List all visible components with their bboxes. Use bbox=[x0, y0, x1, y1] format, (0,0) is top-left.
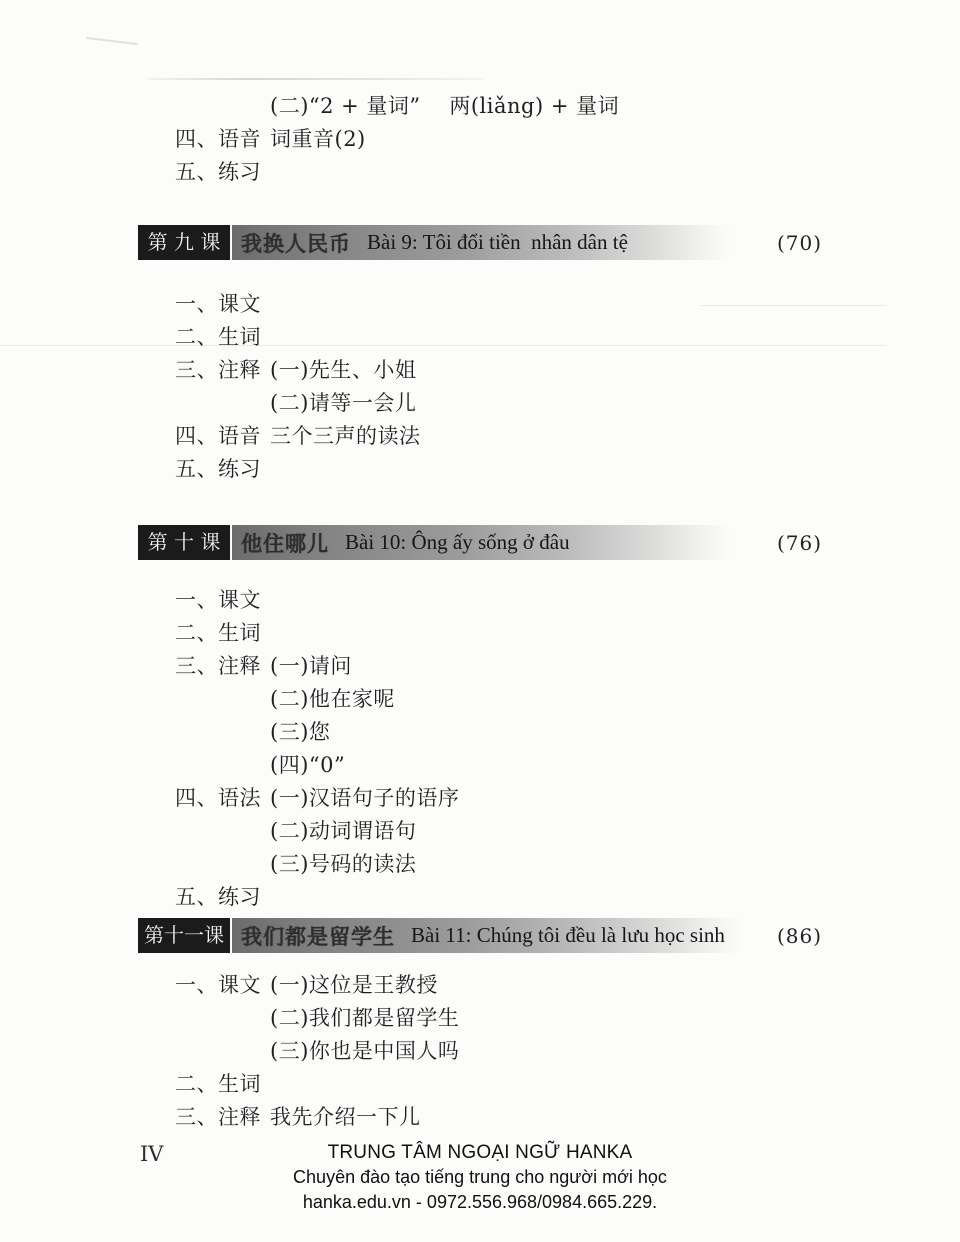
toc-row-content: 我先介绍一下儿 bbox=[270, 1101, 421, 1134]
toc-row-content: (二)我们都是留学生 bbox=[270, 1002, 459, 1035]
toc-row-label: 三、注释 bbox=[175, 650, 270, 683]
toc-row-label: 四、语法 bbox=[175, 782, 270, 815]
toc-row-label: 四、语音 bbox=[175, 420, 270, 453]
scanned-toc-page: (二)“2 + 量词” 两(liǎng) + 量词 四、语音 词重音(2) 五、… bbox=[0, 0, 960, 1242]
toc-row-label bbox=[175, 90, 270, 123]
toc-row-label: 一、课文 bbox=[175, 584, 270, 617]
toc-row: 一、课文 (一)这位是王教授 bbox=[175, 969, 960, 1002]
toc-row-label bbox=[175, 1002, 270, 1035]
toc-row: (二)请等一会儿 bbox=[175, 387, 960, 420]
toc-row-label: 五、练习 bbox=[175, 881, 270, 914]
toc-row-content: 三个三声的读法 bbox=[270, 420, 421, 453]
scan-artifact-top-line bbox=[148, 78, 483, 80]
toc-row: 五、练习 bbox=[175, 881, 960, 914]
page-footer: IV TRUNG TÂM NGOẠI NGỮ HANKA Chuyên đào … bbox=[0, 1136, 960, 1236]
toc-row-label: 一、课文 bbox=[175, 969, 270, 1002]
toc-row-label: 二、生词 bbox=[175, 321, 270, 354]
toc-row: 二、生词 bbox=[175, 321, 960, 354]
lesson-9-page-ref: (70) bbox=[777, 231, 822, 255]
lesson-11-items: 一、课文 (一)这位是王教授 (二)我们都是留学生 (三)你也是中国人吗 二、生… bbox=[0, 969, 960, 1134]
toc-row-label bbox=[175, 848, 270, 881]
toc-row-label bbox=[175, 716, 270, 749]
toc-row: 三、注释 我先介绍一下儿 bbox=[175, 1101, 960, 1134]
toc-row-content: (一)这位是王教授 bbox=[270, 969, 438, 1002]
toc-row: 四、语音 三个三声的读法 bbox=[175, 420, 960, 453]
toc-row: 四、语法 (一)汉语句子的语序 bbox=[175, 782, 960, 815]
lesson-11-label-box: 第十一课 bbox=[138, 918, 230, 953]
toc-row-content: (二)“2 + 量词” 两(liǎng) + 量词 bbox=[270, 90, 619, 123]
toc-row: (四)“0” bbox=[175, 749, 960, 782]
lesson-10-title-bar: 他住哪儿 Bài 10: Ông ấy sống ở đâu bbox=[232, 525, 732, 560]
lesson-11-title-vietnamese: Bài 11: Chúng tôi đều là lưu học sinh bbox=[411, 923, 725, 948]
toc-row-label: 五、练习 bbox=[175, 453, 270, 486]
lesson-9-label-box: 第 九 课 bbox=[138, 225, 230, 260]
toc-row-label: 二、生词 bbox=[175, 1068, 270, 1101]
toc-row-content: (三)你也是中国人吗 bbox=[270, 1035, 459, 1068]
lesson-10-page-ref: (76) bbox=[777, 531, 822, 555]
toc-row: 四、语音 词重音(2) bbox=[175, 123, 960, 156]
toc-row-label: 三、注释 bbox=[175, 1101, 270, 1134]
toc-row: (三)号码的读法 bbox=[175, 848, 960, 881]
toc-row-label bbox=[175, 815, 270, 848]
toc-row-content: (四)“0” bbox=[270, 749, 345, 782]
toc-row: 三、注释 (一)请问 bbox=[175, 650, 960, 683]
toc-row-content: (三)您 bbox=[270, 716, 330, 749]
lesson-9-title-bar: 我换人民币 Bài 9: Tôi đổi tiền nhân dân tệ bbox=[232, 225, 732, 260]
lesson-9-title-chinese: 我换人民币 bbox=[241, 228, 351, 258]
toc-row-label bbox=[175, 1035, 270, 1068]
toc-row-label: 三、注释 bbox=[175, 354, 270, 387]
footer-slogan: Chuyên đào tạo tiếng trung cho người mới… bbox=[0, 1165, 960, 1190]
lesson-11-title-bar: 我们都是留学生 Bài 11: Chúng tôi đều là lưu học… bbox=[232, 918, 744, 953]
scan-artifact-mid-line bbox=[0, 345, 885, 346]
lesson-10-header: 第 十 课 他住哪儿 Bài 10: Ông ấy sống ở đâu (76… bbox=[138, 525, 822, 560]
toc-row-content: (一)先生、小姐 bbox=[270, 354, 416, 387]
toc-row-label bbox=[175, 683, 270, 716]
toc-row: 二、生词 bbox=[175, 1068, 960, 1101]
toc-row-label: 四、语音 bbox=[175, 123, 270, 156]
toc-row: (二)他在家呢 bbox=[175, 683, 960, 716]
toc-top-continuation: (二)“2 + 量词” 两(liǎng) + 量词 四、语音 词重音(2) 五、… bbox=[0, 0, 960, 189]
toc-row: 三、注释 (一)先生、小姐 bbox=[175, 354, 960, 387]
toc-row: 五、练习 bbox=[175, 156, 960, 189]
toc-row-content: (二)他在家呢 bbox=[270, 683, 395, 716]
toc-row-label bbox=[175, 749, 270, 782]
lesson-10-items: 一、课文 二、生词 三、注释 (一)请问 (二)他在家呢 (三)您 (四)“0”… bbox=[0, 584, 960, 914]
toc-row-content: 词重音(2) bbox=[270, 123, 366, 156]
lesson-9-header: 第 九 课 我换人民币 Bài 9: Tôi đổi tiền nhân dân… bbox=[138, 225, 822, 260]
toc-row: (三)您 bbox=[175, 716, 960, 749]
toc-row-content: (一)请问 bbox=[270, 650, 352, 683]
lesson-10-title-vietnamese: Bài 10: Ông ấy sống ở đâu bbox=[345, 530, 570, 555]
footer-contact: hanka.edu.vn - 0972.556.968/0984.665.229… bbox=[0, 1190, 960, 1215]
toc-row-label: 一、课文 bbox=[175, 288, 270, 321]
toc-row: (二)“2 + 量词” 两(liǎng) + 量词 bbox=[175, 90, 960, 123]
toc-row-content: (一)汉语句子的语序 bbox=[270, 782, 459, 815]
roman-page-number: IV bbox=[140, 1142, 163, 1166]
toc-row-content: (三)号码的读法 bbox=[270, 848, 416, 881]
toc-row: 一、课文 bbox=[175, 584, 960, 617]
toc-row-label: 五、练习 bbox=[175, 156, 270, 189]
toc-row-content: (二)动词谓语句 bbox=[270, 815, 416, 848]
toc-row-content: (二)请等一会儿 bbox=[270, 387, 416, 420]
toc-row-label bbox=[175, 387, 270, 420]
scan-artifact-right-line bbox=[700, 305, 885, 306]
toc-row: (三)你也是中国人吗 bbox=[175, 1035, 960, 1068]
toc-row: 五、练习 bbox=[175, 453, 960, 486]
toc-row: (二)我们都是留学生 bbox=[175, 1002, 960, 1035]
lesson-9-title-vietnamese: Bài 9: Tôi đổi tiền nhân dân tệ bbox=[367, 230, 628, 255]
toc-row-label: 二、生词 bbox=[175, 617, 270, 650]
lesson-10-title-chinese: 他住哪儿 bbox=[241, 528, 329, 558]
lesson-11-page-ref: (86) bbox=[777, 924, 822, 948]
lesson-10-label-box: 第 十 课 bbox=[138, 525, 230, 560]
toc-row: 二、生词 bbox=[175, 617, 960, 650]
toc-row: (二)动词谓语句 bbox=[175, 815, 960, 848]
lesson-11-title-chinese: 我们都是留学生 bbox=[241, 921, 395, 951]
lesson-11-header: 第十一课 我们都是留学生 Bài 11: Chúng tôi đều là lư… bbox=[138, 918, 822, 953]
lesson-9-items: 一、课文 二、生词 三、注释 (一)先生、小姐 (二)请等一会儿 四、语音 三个… bbox=[0, 288, 960, 486]
